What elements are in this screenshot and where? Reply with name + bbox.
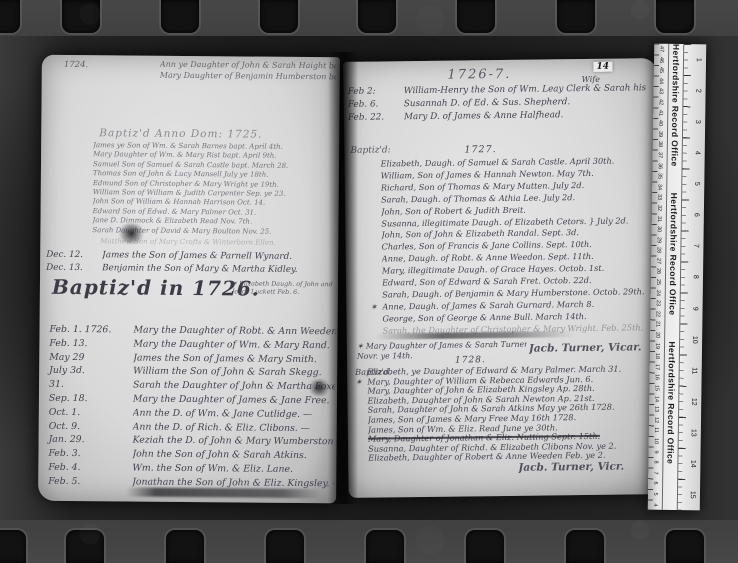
note-line: Novr. ye 14th. — [357, 350, 527, 362]
entry-marker — [370, 266, 382, 278]
entry-date: May 29 — [49, 350, 133, 365]
baptism-entry-row: Dec. 13. Benjamin the Son of Mary & Mart… — [46, 261, 332, 276]
entry-marker: ✶ — [355, 377, 367, 387]
sprocket-hole — [266, 530, 304, 563]
sprocket-hole — [166, 530, 204, 563]
register-right-page: 14 1726-7. Wife Feb 2: William-Henry the… — [343, 58, 662, 498]
entries-1726: Feb. 1. 1726. Mary the Daughter of Robt.… — [48, 323, 335, 491]
entry-marker — [369, 170, 381, 182]
ruler-label-text: Hertfordshire Record Office — [670, 44, 682, 167]
sprocket-hole — [62, 0, 100, 33]
entry-marker — [370, 313, 382, 325]
entry-marker — [369, 218, 381, 230]
ink-blot — [116, 223, 146, 243]
sprocket-hole — [161, 0, 199, 33]
sprocket-hole — [0, 0, 20, 33]
sprocket-hole — [66, 530, 104, 563]
entry-marker — [356, 435, 368, 445]
heading-1728: 1728. — [455, 355, 486, 365]
entry-date: Feb. 13. — [49, 337, 133, 352]
inch-number: 15 — [677, 487, 708, 502]
entry-marker — [369, 206, 381, 218]
entry-marker — [369, 230, 381, 242]
vicar-signature: Jacb. Turner, Vicar. — [529, 341, 642, 354]
entry-text: Benjamin the Son of Mary & Martha Kidley… — [102, 262, 298, 276]
entry-text: Mary D. of James & Anne Halfhead. — [404, 110, 564, 125]
entries-1726-7: Feb 2: William-Henry the Son of Wm. Leay… — [348, 82, 648, 125]
entry-marker — [370, 254, 382, 266]
marginal-note-turner: ✶ Mary Daughter of James & Sarah Turner … — [357, 340, 527, 362]
entries-1728: Baptiz'd. Elizabeth, ye Daughter of Edwa… — [355, 364, 656, 464]
entry-date: Feb. 6. — [348, 98, 404, 112]
ink-blot — [307, 379, 331, 396]
inch-number: 2 — [683, 83, 714, 98]
year-margin-1724: 1724. — [64, 60, 88, 70]
inch-number: 12 — [678, 394, 709, 409]
entry-date: Feb. 3. — [48, 447, 132, 462]
entry-marker — [369, 158, 381, 170]
ruler-label-text: Hertfordshire Record Office — [666, 341, 678, 464]
inch-number: 11 — [679, 363, 710, 378]
entry-text: Wm. the Son of Wm. & Eliz. Lane. — [132, 461, 293, 476]
sprocket-hole — [0, 530, 26, 563]
inch-number: 13 — [678, 425, 709, 440]
inch-number: 10 — [679, 332, 710, 347]
entry-date: Oct. 9. — [49, 419, 133, 434]
entry-date: Feb. 22. — [348, 112, 404, 126]
entry-marker — [356, 454, 368, 464]
inch-number: 14 — [677, 456, 708, 471]
inch-number: 7 — [680, 239, 711, 254]
entry-date: 31. — [49, 378, 133, 393]
sprocket-hole — [366, 530, 404, 563]
entry-marker: ✶ — [370, 301, 382, 313]
cm-number: 4 — [649, 498, 660, 512]
sprocket-hole — [656, 0, 694, 33]
sprocket-hole — [457, 0, 495, 33]
entry-marker — [369, 182, 381, 194]
entry-date: Jan. 29. — [49, 433, 133, 448]
note-line: ✶ Mary Daughter of James & Sarah Turner — [357, 340, 527, 352]
baptism-entry-row: Feb. 22. Mary D. of James & Anne Halfhea… — [348, 109, 648, 126]
heading-1726-7: 1726-7. — [447, 67, 511, 83]
marginal-note-1726: ✶ Elizabeth Daugh. of John and Joyce Luc… — [232, 280, 334, 297]
entry-text: John the Son of John & Sarah Atkins. — [132, 448, 306, 463]
register-left-page: 1724. Ann ye Daughter of John & Sarah Ha… — [38, 55, 340, 504]
entry-marker — [369, 194, 381, 206]
entry-date: Feb. 4. — [48, 461, 132, 476]
entry-marker — [370, 289, 382, 301]
inch-number: 1 — [683, 52, 714, 67]
inch-number: 3 — [682, 114, 713, 129]
heading-1727: 1727. — [464, 144, 496, 155]
entry-date: Dec. 12. — [46, 249, 102, 262]
entry-marker — [356, 444, 368, 454]
ruler-label-text: Hertfordshire Record Office — [668, 193, 680, 316]
vicar-signature: Jacb. Turner, Vicr. — [518, 461, 624, 474]
entries-1727: Elizabeth, Daugh. of Samuel & Sarah Cast… — [369, 155, 657, 337]
ruler: 4746454443424140393837363534333231302928… — [648, 44, 707, 511]
inch-number: 9 — [680, 301, 711, 316]
sprocket-hole — [358, 0, 396, 33]
entry-marker — [355, 387, 367, 397]
heading-1726: Baptiz'd in 1726. — [52, 275, 260, 301]
crossed-out-line — [375, 331, 575, 339]
microfilm-photograph: 1724. Ann ye Daughter of John & Sarah Ha… — [0, 0, 738, 563]
entry-date: July 3d. — [49, 364, 133, 379]
entry-marker — [370, 242, 382, 254]
ink-smudge — [126, 487, 322, 498]
entry-date: Feb 2: — [348, 85, 404, 99]
margin-baptizd: Baptiz'd: — [350, 145, 390, 155]
entry-marker — [355, 396, 367, 406]
entry-date: Feb. 5. — [48, 475, 132, 490]
baptism-entry: Mary Daughter of Benjamin Humberston bap… — [160, 70, 336, 83]
entry-marker — [356, 416, 368, 426]
inch-number: 5 — [681, 177, 712, 192]
sprocket-hole — [557, 0, 595, 33]
sprocket-hole — [260, 0, 298, 33]
inch-number: 8 — [680, 270, 711, 285]
entry-marker — [370, 278, 382, 290]
entry-date: Oct. 1. — [49, 406, 133, 421]
sprocket-hole — [666, 530, 704, 563]
entries-1724: Ann ye Daughter of John & Sarah Haight b… — [160, 59, 336, 83]
page-number: 14 — [593, 62, 612, 72]
inch-number: 4 — [682, 145, 713, 160]
heading-1725: Baptiz'd Anno Dom: 1725. — [99, 127, 262, 140]
entry-date: Sep. 18. — [49, 392, 133, 407]
entry-marker — [356, 406, 368, 416]
sprocket-hole — [466, 530, 504, 563]
sprocket-hole — [566, 530, 604, 563]
entries-december: Dec. 12. James the Son of James & Parnel… — [46, 249, 332, 276]
entry-date: Dec. 13. — [46, 261, 102, 274]
note-line: Joyce Luckett Feb. 6. — [232, 288, 334, 297]
entry-date: Feb. 1. 1726. — [49, 323, 133, 338]
inch-number: 6 — [681, 208, 712, 223]
entry-marker — [356, 425, 368, 435]
